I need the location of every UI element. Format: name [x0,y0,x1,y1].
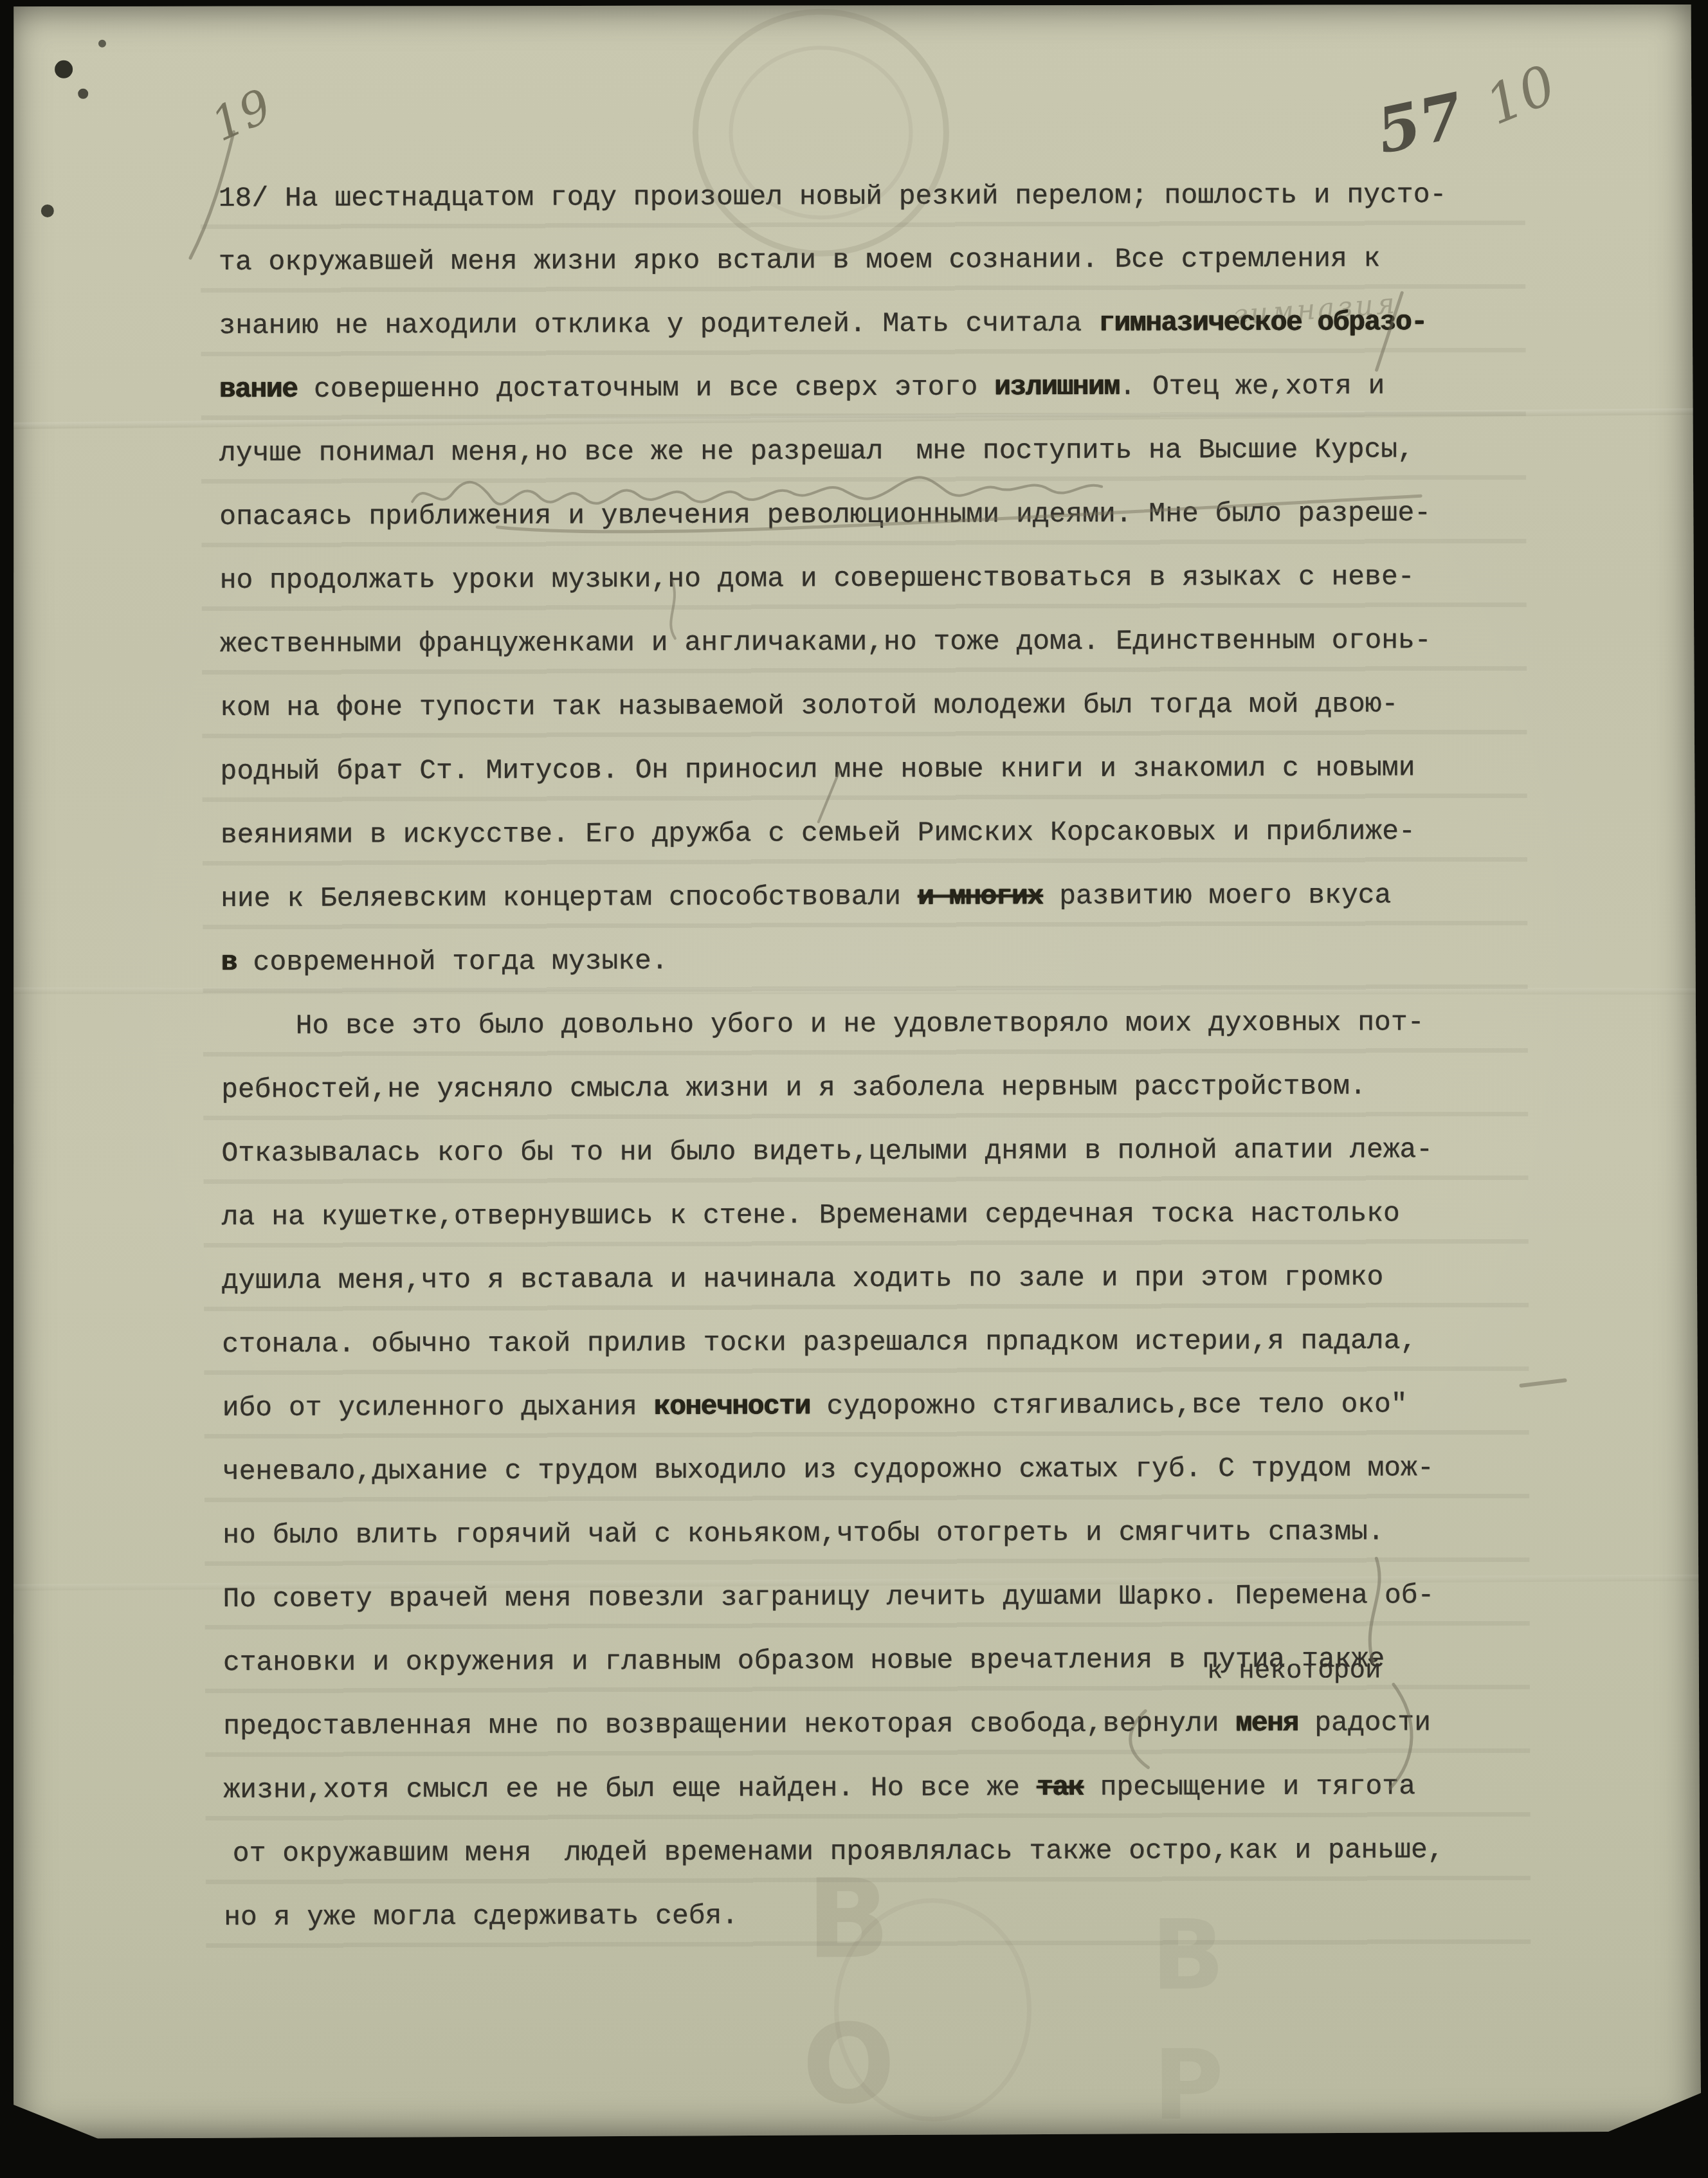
typed-line: стонала. обычно такой прилив тоски разре… [222,1309,1514,1376]
typed-segment-n: предоставленная мне по возвращении некот… [223,1707,1235,1742]
typed-line: но продолжать уроки музыки,но дома и сов… [219,545,1512,612]
typed-segment-b: излишним [994,371,1120,403]
typed-line: ребностей,не уясняло смысла жизни и я за… [221,1054,1514,1121]
typed-segment-n: развитию моего вкуса [1042,879,1391,912]
typed-line: ченевало,дыхание с трудом выходило из су… [223,1436,1515,1503]
typed-segment-bs: так [1037,1772,1084,1803]
paper-tear-speck [41,204,54,217]
typed-line: опасаясь приближения и увлечения революц… [219,481,1512,549]
typed-line: 18/ На шестнадцатом году произошел новый… [219,163,1511,230]
typed-line: веяниями в искусстве. Его дружба с семье… [221,799,1513,867]
typed-segment-n: опасаясь приближения и увлечения революц… [219,497,1431,532]
typed-line: лучше понимал меня,но все же не разрешал… [219,417,1512,485]
typed-line: но было влить горячий чай с коньяком,что… [223,1500,1515,1567]
paper-tear-speck [78,89,88,99]
typed-line: но я уже могла сдерживать себя. [224,1882,1516,1949]
typed-line: Отказывалась кого бы то ни было видеть,ц… [221,1118,1514,1185]
typed-line: вание совершенно достаточным и все сверх… [219,354,1512,421]
typed-segment-n: жизни,хотя смысл ее не был еще найден. Н… [223,1772,1037,1806]
typed-segment-n: совершенно достаточным и все сверх этого [297,371,994,404]
typed-segment-n: пресыщение и тягота [1084,1770,1415,1803]
typed-segment-n: ние к Беляевским концертам способствовал… [221,881,918,914]
typed-line: По совету врачей меня повезли заграницу … [223,1563,1515,1631]
typed-segment-n: Но все это было довольно убого и не удов… [296,1006,1424,1042]
paper-tear-speck [55,60,73,78]
typed-segment-b: гимназическое образо- [1098,306,1427,339]
typed-line: родный брат Ст. Митусов. Он приносил мне… [220,736,1513,803]
paper-sheet: 19 57 10 гимназия 18/ На шестнадцатом го… [7,1,1701,2139]
typed-line: ла на кушетке,отвернувшись к стене. Врем… [222,1181,1514,1249]
pencil-page-number-light: 10 [1477,53,1565,137]
typed-segment-n: стонала. обычно такой прилив тоски разре… [222,1325,1417,1360]
typed-line: Но все это было довольно убого и не удов… [221,990,1514,1058]
typed-segment-n: ком на фоне тупости так называемой золот… [220,688,1398,723]
typed-segment-n: от окружавшим меня людей временами прояв… [233,1834,1444,1869]
typed-segment-b: в [221,947,236,978]
typed-segment-n: радости [1298,1707,1431,1739]
pencil-dash [1522,1381,1565,1386]
typed-segment-b: вание [219,374,298,405]
typed-line: в современной тогда музыке. [221,927,1513,994]
typed-line: та окружавшей меня жизни ярко встали в м… [219,226,1511,294]
typed-segment-n: ла на кушетке,отвернувшись к стене. Врем… [222,1197,1400,1233]
typed-insertion: к некоторой [1207,1656,1381,1686]
typed-line: жизни,хотя смысл ее не был еще найден. Н… [223,1754,1516,1822]
typed-line: предоставленная мне по возвращении некот… [223,1691,1516,1758]
typed-segment-b: конечности [653,1390,810,1422]
typed-segment-n: 18/ На шестнадцатом году произошел новый… [219,179,1447,214]
typed-segment-n: знанию не находили отклика у родителей. … [219,307,1098,341]
typed-line: ние к Беляевским концертам способствовал… [221,863,1513,930]
typed-segment-bs: и многих [918,880,1043,912]
typed-line: знанию не находили отклика у родителей. … [219,290,1511,358]
typed-segment-n: душила меня,что я вставала и начинала хо… [222,1261,1383,1296]
typed-segment-n: ребностей,не уясняло смысла жизни и я за… [221,1070,1367,1105]
typed-segment-n: жественными француженками и англичаками,… [220,624,1431,660]
typed-line: ибо от усиленного дыхания конечности суд… [222,1372,1514,1440]
typed-segment-n: лучше понимал меня,но все же не разрешал… [219,433,1414,469]
typed-line: от окружавшим меня людей временами прояв… [224,1818,1516,1885]
pencil-page-number-left: 19 [203,78,279,152]
typed-segment-n: та окружавшей меня жизни ярко встали в м… [219,242,1380,278]
typed-segment-n: . Отец же,хотя и [1119,370,1385,402]
typed-segment-n: ченевало,дыхание с трудом выходило из су… [223,1452,1434,1487]
typed-segment-n: но было влить горячий чай с коньяком,что… [223,1516,1384,1551]
paper-tear-speck [98,40,106,48]
typed-segment-n: но продолжать уроки музыки,но дома и сов… [220,561,1415,596]
typed-line: душила меня,что я вставала и начинала хо… [222,1245,1514,1312]
typed-segment-n: родный брат Ст. Митусов. Он приносил мне… [220,752,1415,787]
typed-line: жественными француженками и англичаками,… [220,608,1513,676]
typed-segment-n: веяниями в искусстве. Его дружба с семье… [221,815,1415,851]
typed-segment-n: По совету врачей меня повезли заграницу … [223,1579,1435,1615]
typed-line: ком на фоне тупости так называемой золот… [220,672,1513,740]
typed-segment-b: меня [1235,1707,1298,1739]
typed-segment-n: современной тогда музыке. [237,945,668,978]
typed-segment-n: Отказывалась кого бы то ни было видеть,ц… [221,1134,1433,1169]
pencil-page-number-dark: 57 [1370,78,1469,168]
typed-segment-n: ибо от усиленного дыхания [223,1391,654,1424]
scanned-document-page: { "page": { "colors": { "background": "#… [0,0,1708,2178]
typed-segment-n: судорожно стягивались,все тело око" [810,1388,1408,1422]
typed-segment-n: но я уже могла сдерживать себя. [224,1900,738,1934]
